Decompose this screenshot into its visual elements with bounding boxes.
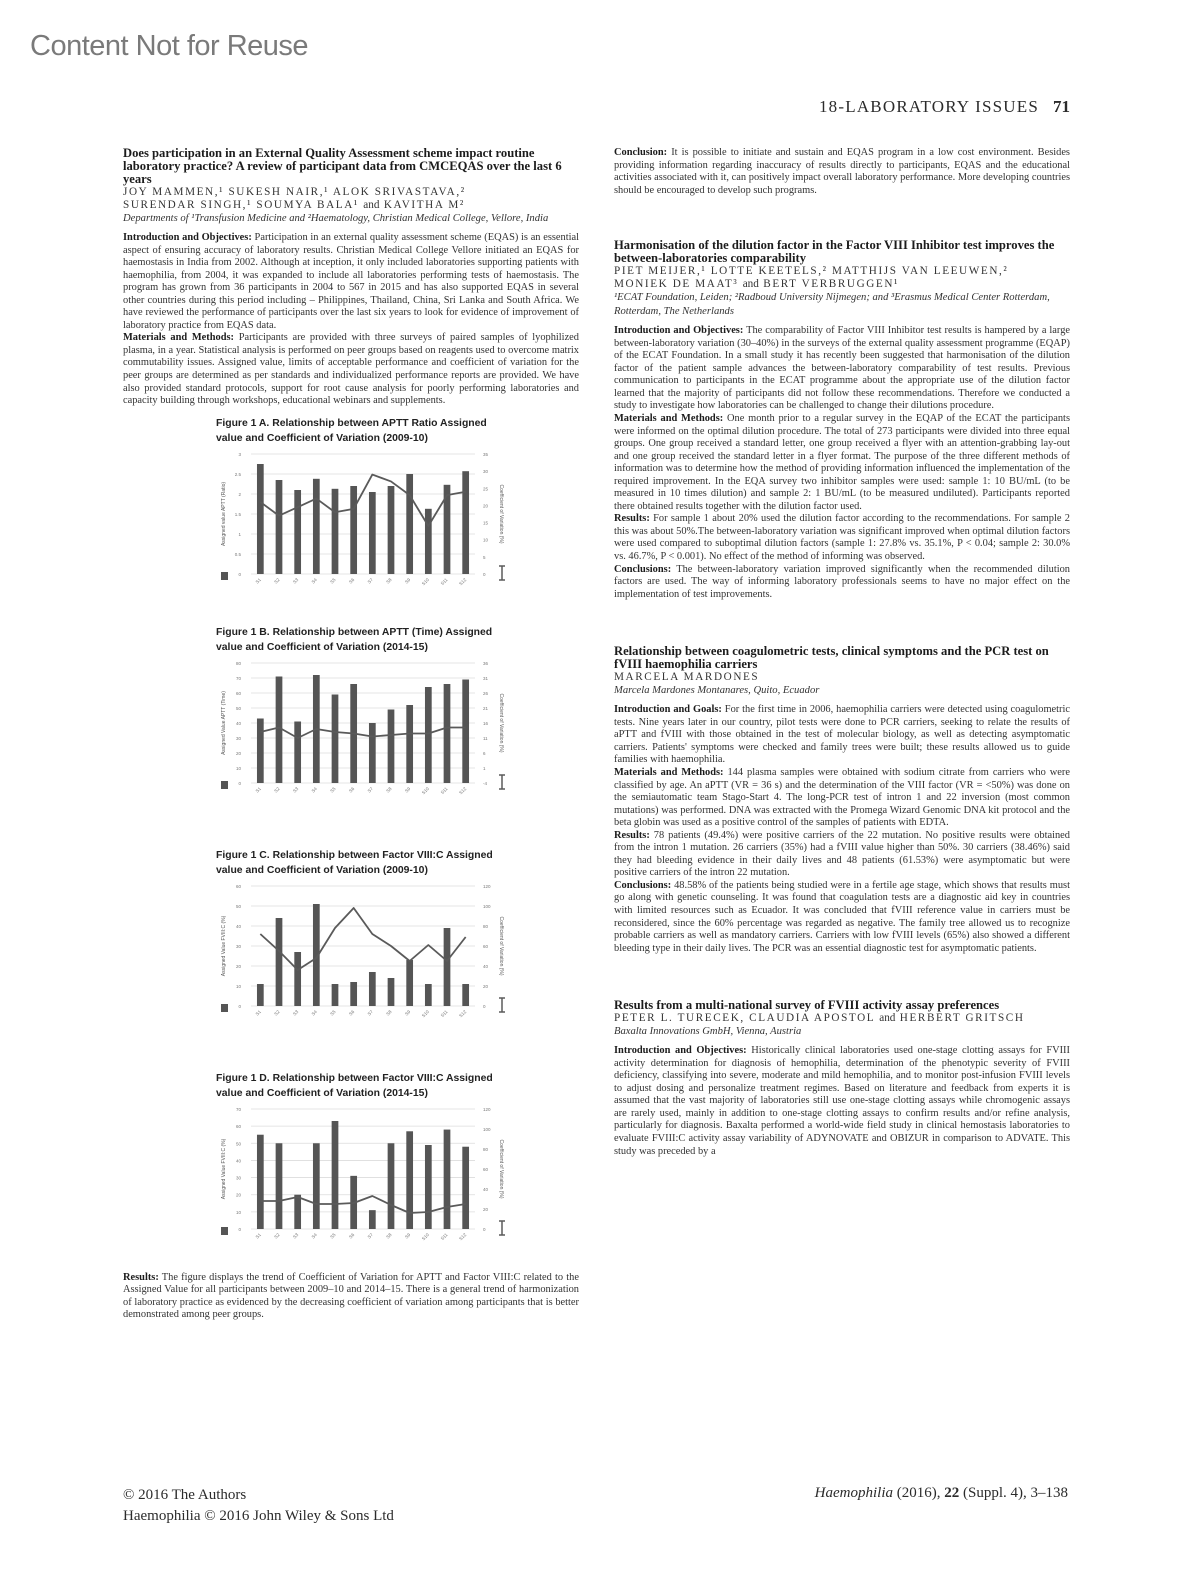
- svg-text:2.5: 2.5: [235, 472, 242, 477]
- svg-text:2: 2: [238, 492, 241, 497]
- figure-title: Figure 1 B. Relationship between APTT (T…: [216, 625, 513, 655]
- svg-text:0: 0: [238, 572, 241, 577]
- svg-text:S6: S6: [348, 785, 356, 793]
- svg-text:20: 20: [483, 503, 489, 508]
- svg-text:50: 50: [236, 706, 242, 711]
- svg-text:S2: S2: [273, 576, 281, 584]
- svg-text:70: 70: [236, 676, 242, 681]
- svg-text:40: 40: [236, 721, 242, 726]
- svg-text:S4: S4: [311, 785, 319, 793]
- svg-text:60: 60: [483, 944, 489, 949]
- svg-text:80: 80: [483, 1147, 489, 1152]
- svg-text:40: 40: [236, 924, 242, 929]
- svg-text:S6: S6: [348, 1008, 356, 1016]
- watermark: Content Not for Reuse: [30, 30, 308, 63]
- svg-text:S8: S8: [385, 1008, 393, 1016]
- section-intro: Introduction and Goals: For the first ti…: [614, 704, 1070, 767]
- svg-text:31: 31: [483, 676, 489, 681]
- svg-text:6: 6: [483, 751, 486, 756]
- footer-copyright: © 2016 The Authors Haemophilia © 2016 Jo…: [123, 1485, 394, 1527]
- svg-text:Assigned Value FVIII:C (%): Assigned Value FVIII:C (%): [221, 1138, 227, 1199]
- figure-1b: Figure 1 B. Relationship between APTT (T…: [213, 625, 513, 820]
- svg-text:S4: S4: [311, 576, 319, 584]
- svg-text:60: 60: [483, 1167, 489, 1172]
- svg-text:S3: S3: [292, 1231, 300, 1239]
- svg-text:S7: S7: [367, 1231, 375, 1239]
- svg-text:40: 40: [483, 964, 489, 969]
- section-intro: Introduction and Objectives: Historicall…: [614, 1045, 1070, 1158]
- figure-1a: Figure 1 A. Relationship between APTT Ra…: [213, 416, 513, 611]
- section-title: 18-LABORATORY ISSUES: [819, 97, 1039, 116]
- svg-text:Assigned Value FVIII:C (%): Assigned Value FVIII:C (%): [221, 915, 227, 976]
- svg-text:35: 35: [483, 452, 489, 457]
- page-number: 71: [1053, 97, 1070, 116]
- svg-text:36: 36: [483, 661, 489, 666]
- chart-1a: 00.511.522.5305101520253035Assigned valu…: [213, 446, 513, 611]
- svg-text:S8: S8: [385, 1231, 393, 1239]
- svg-text:11: 11: [483, 736, 488, 741]
- svg-text:S11: S11: [440, 785, 449, 794]
- svg-text:S6: S6: [348, 576, 356, 584]
- svg-text:25: 25: [483, 486, 489, 491]
- svg-text:20: 20: [236, 1192, 242, 1197]
- svg-text:60: 60: [236, 1124, 242, 1129]
- left-column: Does participation in an External Qualit…: [123, 147, 579, 1322]
- running-head: 18-LABORATORY ISSUES71: [819, 97, 1070, 117]
- section-intro: Introduction and Objectives: Participati…: [123, 232, 579, 332]
- svg-text:30: 30: [236, 736, 242, 741]
- affiliation: Departments of ¹Transfusion Medicine and…: [123, 212, 579, 226]
- section-conclusions: Conclusions: 48.58% of the patients bein…: [614, 880, 1070, 955]
- chart-1d: 010203040506070020406080100120Assigned V…: [213, 1101, 513, 1266]
- section-methods: Materials and Methods: One month prior t…: [614, 413, 1070, 513]
- svg-text:10: 10: [236, 984, 242, 989]
- svg-text:S2: S2: [273, 785, 281, 793]
- svg-text:21: 21: [483, 706, 489, 711]
- svg-text:-4: -4: [483, 781, 487, 786]
- svg-text:120: 120: [483, 884, 491, 889]
- svg-text:S10: S10: [421, 576, 431, 586]
- svg-text:100: 100: [483, 904, 491, 909]
- svg-text:S5: S5: [329, 1231, 337, 1239]
- right-column: Conclusion: It is possible to initiate a…: [614, 147, 1070, 1158]
- svg-text:S4: S4: [311, 1008, 319, 1016]
- svg-text:0: 0: [238, 1227, 241, 1232]
- svg-text:S3: S3: [292, 576, 300, 584]
- section-methods: Materials and Methods: Participants are …: [123, 332, 579, 407]
- svg-text:10: 10: [236, 766, 242, 771]
- abstract-1: Does participation in an External Qualit…: [123, 147, 579, 1322]
- svg-text:S12: S12: [458, 1008, 468, 1018]
- svg-text:S9: S9: [404, 785, 412, 793]
- svg-text:S6: S6: [348, 1231, 356, 1239]
- svg-text:20: 20: [236, 964, 242, 969]
- svg-text:S2: S2: [273, 1008, 281, 1016]
- section-results: Results: The figure displays the trend o…: [123, 1272, 579, 1322]
- section-methods: Materials and Methods: 144 plasma sample…: [614, 767, 1070, 830]
- svg-text:60: 60: [236, 691, 242, 696]
- svg-text:S12: S12: [458, 1231, 468, 1241]
- svg-text:0: 0: [483, 1004, 486, 1009]
- svg-text:30: 30: [483, 469, 489, 474]
- svg-text:S7: S7: [367, 1008, 375, 1016]
- svg-text:S11: S11: [440, 576, 449, 585]
- svg-text:Coefficient of Variation (%): Coefficient of Variation (%): [498, 693, 504, 752]
- svg-text:S9: S9: [404, 1008, 412, 1016]
- svg-text:30: 30: [236, 1175, 242, 1180]
- svg-text:Coefficient of Variation (%): Coefficient of Variation (%): [498, 916, 504, 975]
- svg-text:S7: S7: [367, 785, 375, 793]
- svg-text:0: 0: [483, 572, 486, 577]
- svg-text:0: 0: [238, 1004, 241, 1009]
- figure-title: Figure 1 D. Relationship between Factor …: [216, 1071, 513, 1101]
- svg-text:S2: S2: [273, 1231, 281, 1239]
- svg-text:S10: S10: [421, 785, 431, 795]
- svg-text:S8: S8: [385, 785, 393, 793]
- svg-text:10: 10: [236, 1210, 242, 1215]
- svg-text:1: 1: [483, 766, 486, 771]
- svg-text:80: 80: [483, 924, 489, 929]
- author-list: PETER L. TURECEK, CLAUDIA APOSTOL and HE…: [614, 1012, 1070, 1025]
- svg-text:S1: S1: [255, 785, 263, 793]
- section-results: Results: For sample 1 about 20% used the…: [614, 513, 1070, 563]
- svg-text:S1: S1: [255, 1008, 263, 1016]
- svg-text:S10: S10: [421, 1008, 431, 1018]
- svg-text:S9: S9: [404, 1231, 412, 1239]
- svg-text:S12: S12: [458, 576, 468, 586]
- svg-text:0.5: 0.5: [235, 552, 242, 557]
- abstract-title: Relationship between coagulometric tests…: [614, 645, 1070, 671]
- abstract-3: Relationship between coagulometric tests…: [614, 645, 1070, 955]
- abstract-title: Does participation in an External Qualit…: [123, 147, 579, 186]
- figure-1c: Figure 1 C. Relationship between Factor …: [213, 848, 513, 1043]
- svg-text:Assigned value APTT (Ratio): Assigned value APTT (Ratio): [221, 481, 227, 545]
- svg-text:15: 15: [483, 520, 489, 525]
- abstract-2: Harmonisation of the dilution factor in …: [614, 239, 1070, 601]
- svg-text:S8: S8: [385, 576, 393, 584]
- svg-text:16: 16: [483, 721, 489, 726]
- author-list: MARCELA MARDONES: [614, 671, 1070, 684]
- svg-text:1: 1: [238, 532, 241, 537]
- footer-citation: Haemophilia (2016), 22 (Suppl. 4), 3–138: [815, 1485, 1068, 1502]
- svg-text:S7: S7: [367, 576, 375, 584]
- svg-text:Assigned Value APTT (Time): Assigned Value APTT (Time): [221, 690, 227, 754]
- svg-text:3: 3: [238, 452, 241, 457]
- svg-text:40: 40: [236, 1158, 242, 1163]
- svg-text:S9: S9: [404, 576, 412, 584]
- figure-1d: Figure 1 D. Relationship between Factor …: [213, 1071, 513, 1266]
- svg-text:80: 80: [236, 661, 242, 666]
- affiliation: Baxalta Innovations GmbH, Vienna, Austri…: [614, 1025, 1070, 1039]
- svg-text:20: 20: [483, 984, 489, 989]
- svg-text:S3: S3: [292, 785, 300, 793]
- author-list: PIET MEIJER,¹ LOTTE KEETELS,² MATTHIJS V…: [614, 265, 1070, 291]
- svg-text:S5: S5: [329, 785, 337, 793]
- svg-text:20: 20: [483, 1207, 489, 1212]
- svg-text:50: 50: [236, 904, 242, 909]
- svg-text:S5: S5: [329, 576, 337, 584]
- section-conclusions: Conclusions: The between-laboratory vari…: [614, 564, 1070, 602]
- abstract-title: Harmonisation of the dilution factor in …: [614, 239, 1070, 265]
- svg-text:30: 30: [236, 944, 242, 949]
- chart-1c: 0102030405060020406080100120Assigned Val…: [213, 878, 513, 1043]
- svg-text:Coefficient of Variation (%): Coefficient of Variation (%): [498, 1139, 504, 1198]
- svg-text:S1: S1: [255, 576, 263, 584]
- svg-text:20: 20: [236, 751, 242, 756]
- svg-text:60: 60: [236, 884, 242, 889]
- abstract-title: Results from a multi-national survey of …: [614, 999, 1070, 1012]
- svg-text:S11: S11: [440, 1231, 449, 1240]
- svg-text:40: 40: [483, 1187, 489, 1192]
- figure-title: Figure 1 C. Relationship between Factor …: [216, 848, 513, 878]
- svg-text:0: 0: [483, 1227, 486, 1232]
- svg-text:S1: S1: [255, 1231, 263, 1239]
- chart-1b: 01020304050607080-416111621263136Assigne…: [213, 655, 513, 820]
- section-intro: Introduction and Objectives: The compara…: [614, 325, 1070, 413]
- svg-text:S5: S5: [329, 1008, 337, 1016]
- section-results: Results: 78 patients (49.4%) were positi…: [614, 830, 1070, 880]
- svg-text:50: 50: [236, 1141, 242, 1146]
- svg-text:S12: S12: [458, 785, 468, 795]
- figure-title: Figure 1 A. Relationship between APTT Ra…: [216, 416, 513, 446]
- svg-text:1.5: 1.5: [235, 512, 242, 517]
- svg-text:10: 10: [483, 537, 489, 542]
- affiliation: Marcela Mardones Montanares, Quito, Ecua…: [614, 684, 1070, 698]
- affiliation: ¹ECAT Foundation, Leiden; ²Radboud Unive…: [614, 291, 1070, 319]
- author-list: JOY MAMMEN,¹ SUKESH NAIR,¹ ALOK SRIVASTA…: [123, 186, 579, 212]
- svg-text:0: 0: [238, 781, 241, 786]
- svg-text:70: 70: [236, 1107, 242, 1112]
- svg-text:100: 100: [483, 1127, 491, 1132]
- section-conclusion: Conclusion: It is possible to initiate a…: [614, 147, 1070, 197]
- abstract-4: Results from a multi-national survey of …: [614, 999, 1070, 1158]
- svg-text:120: 120: [483, 1107, 491, 1112]
- svg-text:S3: S3: [292, 1008, 300, 1016]
- svg-text:S10: S10: [421, 1231, 431, 1241]
- svg-text:5: 5: [483, 555, 486, 560]
- svg-text:26: 26: [483, 691, 489, 696]
- svg-text:S11: S11: [440, 1008, 449, 1017]
- svg-text:S4: S4: [311, 1231, 319, 1239]
- svg-text:Coefficient of Variation (%): Coefficient of Variation (%): [498, 484, 504, 543]
